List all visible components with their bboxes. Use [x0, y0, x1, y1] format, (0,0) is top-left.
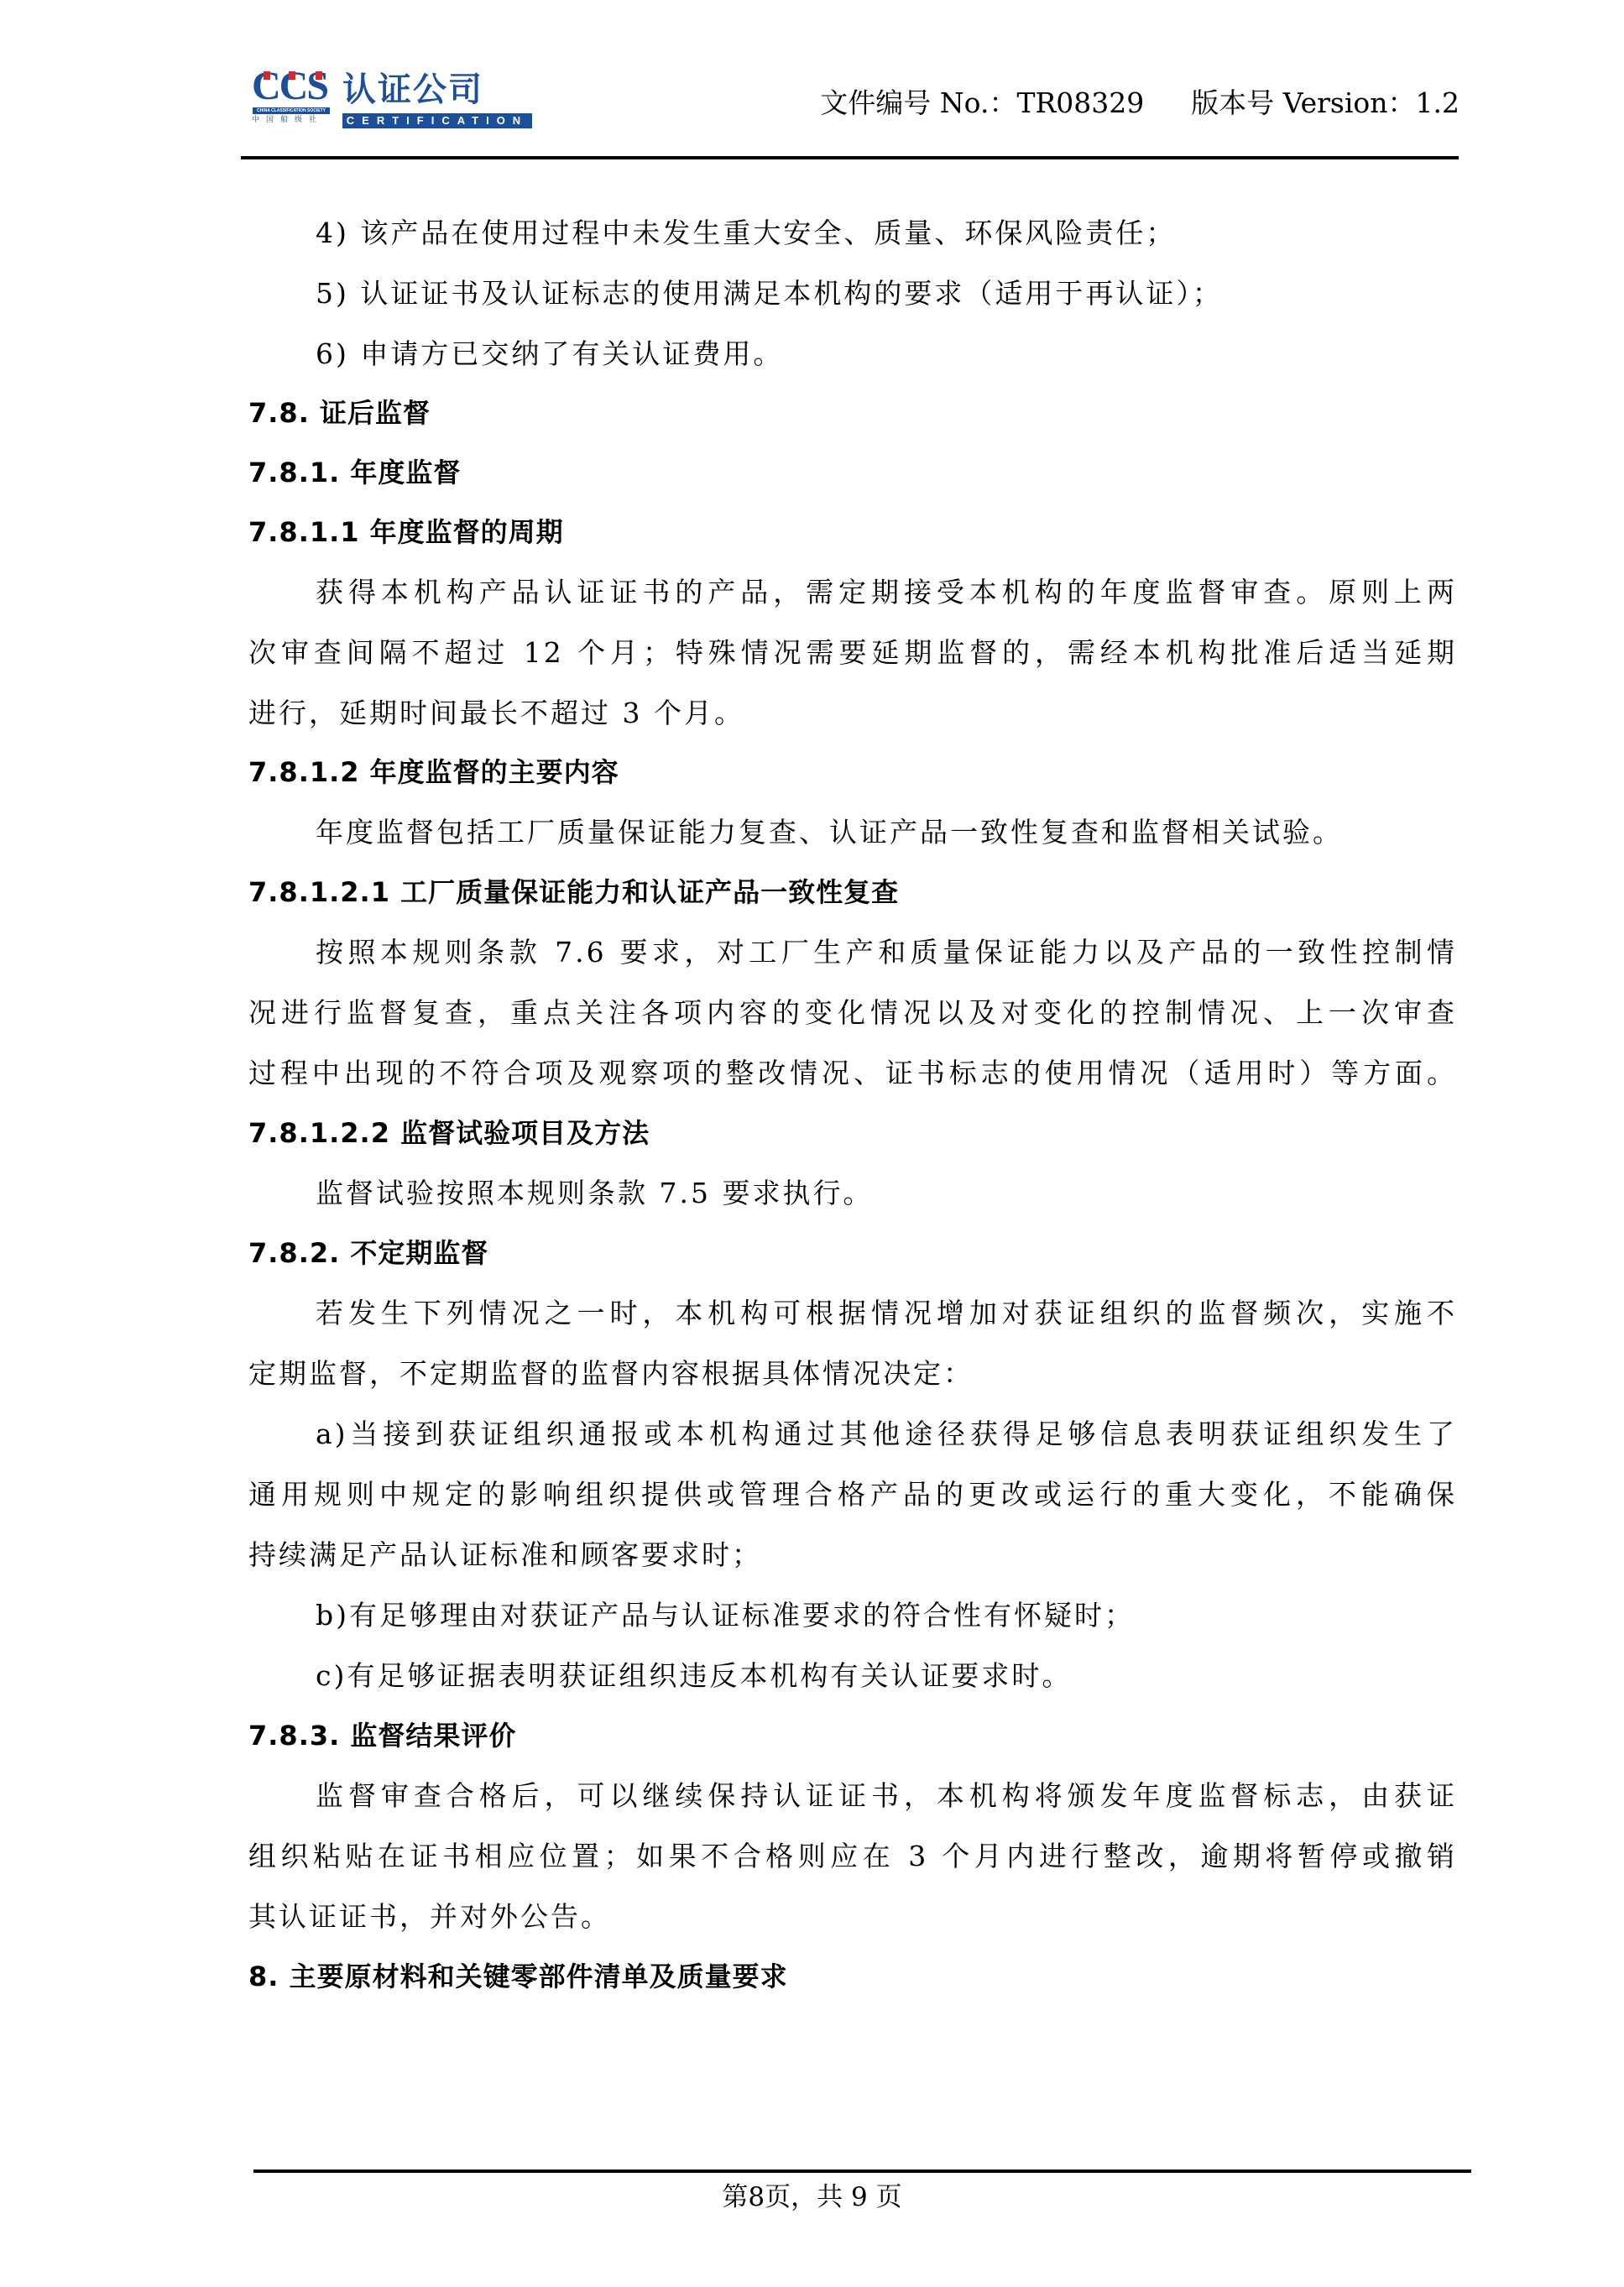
- document-meta: 文件编号 No.：TR08329版本号 Version：1.2: [820, 86, 1460, 120]
- paragraph-line: 组织粘贴在证书相应位置；如果不合格则应在 3 个月内进行整改，逾期将暂停或撤销: [248, 1838, 1457, 1875]
- section-heading-7-8: 7.8. 证后监督: [248, 394, 1457, 431]
- version-number: 1.2: [1416, 86, 1460, 119]
- paragraph-line: 按照本规则条款 7.6 要求，对工厂生产和质量保证能力以及产品的一致性控制情: [316, 934, 1457, 971]
- list-item-a-cont: 通用规则中规定的影响组织提供或管理合格产品的更改或运行的重大变化，不能确保: [248, 1476, 1457, 1513]
- section-heading-7-8-1-2: 7.8.1.2 年度监督的主要内容: [248, 754, 1457, 791]
- header-rule: [241, 156, 1459, 159]
- list-item-a-cont: 持续满足产品认证标准和顾客要求时；: [248, 1537, 1457, 1574]
- section-heading-7-8-2: 7.8.2. 不定期监督: [248, 1235, 1457, 1271]
- page-number: 第8页，共 9 页: [0, 2180, 1624, 2214]
- list-item: 4) 该产品在使用过程中未发生重大安全、质量、环保风险责任；: [316, 215, 1457, 252]
- logo-tagline: CERTIFICATION: [342, 113, 532, 128]
- section-heading-7-8-1-1: 7.8.1.1 年度监督的周期: [248, 514, 1457, 551]
- version-label: 版本号 Version：: [1191, 86, 1415, 119]
- paragraph-line: 定期监督，不定期监督的监督内容根据具体情况决定：: [248, 1355, 1457, 1392]
- footer-rule: [253, 2170, 1471, 2173]
- paragraph-line: 次审查间隔不超过 12 个月；特殊情况需要延期监督的，需经本机构批准后适当延期: [248, 634, 1457, 671]
- document-page: CCS CHINA CLASSIFICATION SOCIETY 中国船级社 认…: [0, 0, 1624, 2287]
- logo-society-cn: 中国船级社: [252, 115, 323, 125]
- section-heading-7-8-1-2-1: 7.8.1.2.1 工厂质量保证能力和认证产品一致性复查: [248, 874, 1457, 911]
- doc-number-label: 文件编号 No.：: [820, 86, 1016, 119]
- list-item-a: a)当接到获证组织通报或本机构通过其他途径获得足够信息表明获证组织发生了: [316, 1416, 1457, 1453]
- logo-company-name: 认证公司: [342, 71, 483, 108]
- list-item-b: b)有足够理由对获证产品与认证标准要求的符合性有怀疑时；: [316, 1597, 1457, 1634]
- paragraph-line: 进行，延期时间最长不超过 3 个月。: [248, 695, 1457, 732]
- doc-number: TR08329: [1016, 86, 1144, 119]
- paragraph-line: 年度监督包括工厂质量保证能力复查、认证产品一致性复查和监督相关试验。: [316, 814, 1457, 851]
- logo-society-en: CHINA CLASSIFICATION SOCIETY: [253, 107, 330, 114]
- list-item: 5) 认证证书及认证标志的使用满足本机构的要求（适用于再认证）；: [316, 275, 1457, 312]
- logo-red-accent-icon: [289, 71, 295, 80]
- paragraph-line: 况进行监督复查，重点关注各项内容的变化情况以及对变化的控制情况、上一次审查: [248, 995, 1457, 1031]
- paragraph-line: 监督审查合格后，可以继续保持认证证书，本机构将颁发年度监督标志，由获证: [316, 1778, 1457, 1814]
- paragraph-line: 若发生下列情况之一时，本机构可根据情况增加对获证组织的监督频次，实施不: [316, 1295, 1457, 1332]
- section-heading-7-8-1-2-2: 7.8.1.2.2 监督试验项目及方法: [248, 1115, 1457, 1151]
- logo-red-accent-icon: [264, 71, 270, 80]
- logo-red-accent-icon: [316, 71, 322, 80]
- list-item: 6) 申请方已交纳了有关认证费用。: [316, 336, 1457, 373]
- section-heading-8: 8. 主要原材料和关键零部件清单及质量要求: [248, 1958, 1457, 1995]
- ccs-certification-logo: CCS CHINA CLASSIFICATION SOCIETY 中国船级社 认…: [252, 70, 544, 125]
- paragraph-line: 其认证证书，并对外公告。: [248, 1898, 1457, 1935]
- paragraph-line: 监督试验按照本规则条款 7.5 要求执行。: [316, 1175, 1457, 1212]
- section-heading-7-8-3: 7.8.3. 监督结果评价: [248, 1717, 1457, 1754]
- list-item-c: c)有足够证据表明获证组织违反本机构有关认证要求时。: [316, 1658, 1457, 1694]
- section-heading-7-8-1: 7.8.1. 年度监督: [248, 454, 1457, 491]
- paragraph-line: 过程中出现的不符合项及观察项的整改情况、证书标志的使用情况（适用时）等方面。: [248, 1055, 1457, 1092]
- paragraph-line: 获得本机构产品认证证书的产品，需定期接受本机构的年度监督审查。原则上两: [316, 574, 1457, 611]
